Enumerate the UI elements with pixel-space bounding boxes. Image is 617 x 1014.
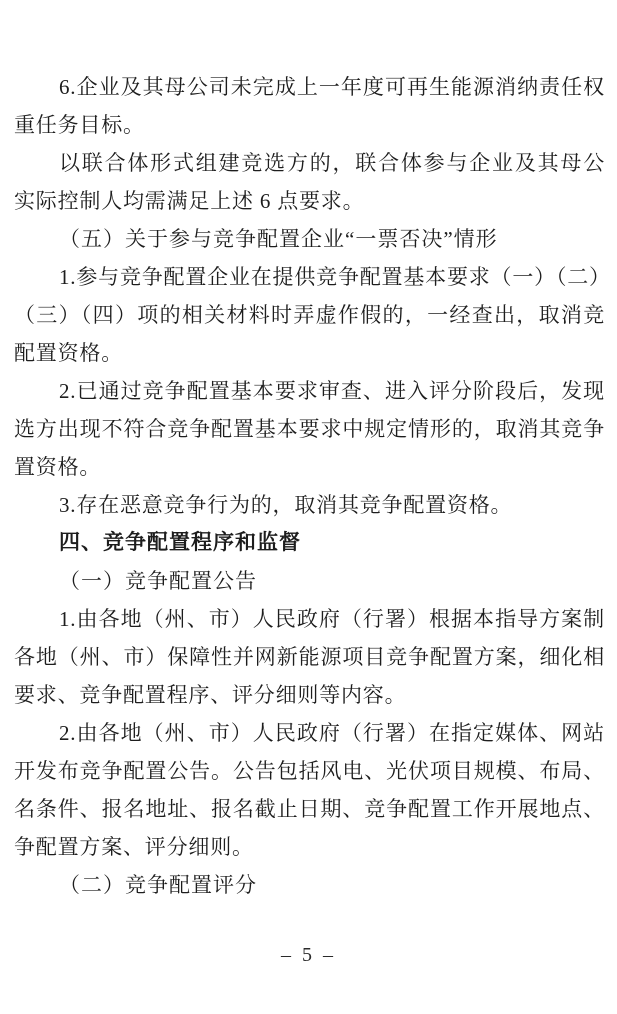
body-text-line: 开发布竞争配置公告。公告包括风电、光伏项目规模、布局、报 xyxy=(14,752,605,790)
body-text-line: 2.由各地（州、市）人民政府（行署）在指定媒体、网站公 xyxy=(14,714,605,752)
body-text-line: 配置资格。 xyxy=(14,334,605,372)
body-text-line: 置资格。 xyxy=(14,448,605,486)
body-text-line: 重任务目标。 xyxy=(14,106,605,144)
page-number: – 5 – xyxy=(0,936,617,974)
body-text-line: 选方出现不符合竞争配置基本要求中规定情形的，取消其竞争配 xyxy=(14,410,605,448)
body-text-line: 3.存在恶意竞争行为的，取消其竞争配置资格。 xyxy=(14,486,605,524)
document-body: 6.企业及其母公司未完成上一年度可再生能源消纳责任权 重任务目标。 以联合体形式… xyxy=(14,68,605,904)
body-text-line: 1.由各地（州、市）人民政府（行署）根据本指导方案制定 xyxy=(14,600,605,638)
body-text-line: （三）（四）项的相关材料时弄虚作假的，一经查出，取消竞争 xyxy=(14,296,605,334)
body-text-line: 要求、竞争配置程序、评分细则等内容。 xyxy=(14,676,605,714)
subsection-heading: （二）竞争配置评分 xyxy=(14,866,605,904)
body-text-line: 2.已通过竞争配置基本要求审查、进入评分阶段后，发现竞 xyxy=(14,372,605,410)
body-text-line: 6.企业及其母公司未完成上一年度可再生能源消纳责任权 xyxy=(14,68,605,106)
body-text-line: 各地（州、市）保障性并网新能源项目竞争配置方案，细化相关 xyxy=(14,638,605,676)
subsection-heading: （五）关于参与竞争配置企业“一票否决”情形 xyxy=(14,220,605,258)
body-text-line: 以联合体形式组建竞选方的，联合体参与企业及其母公司、 xyxy=(14,144,605,182)
body-text-line: 名条件、报名地址、报名截止日期、竞争配置工作开展地点、竞 xyxy=(14,790,605,828)
body-text-line: 实际控制人均需满足上述 6 点要求。 xyxy=(14,182,605,220)
section-heading: 四、竞争配置程序和监督 xyxy=(14,524,605,562)
body-text-line: 1.参与竞争配置企业在提供竞争配置基本要求（一）（二） xyxy=(14,258,605,296)
subsection-heading: （一）竞争配置公告 xyxy=(14,562,605,600)
body-text-line: 争配置方案、评分细则。 xyxy=(14,828,605,866)
